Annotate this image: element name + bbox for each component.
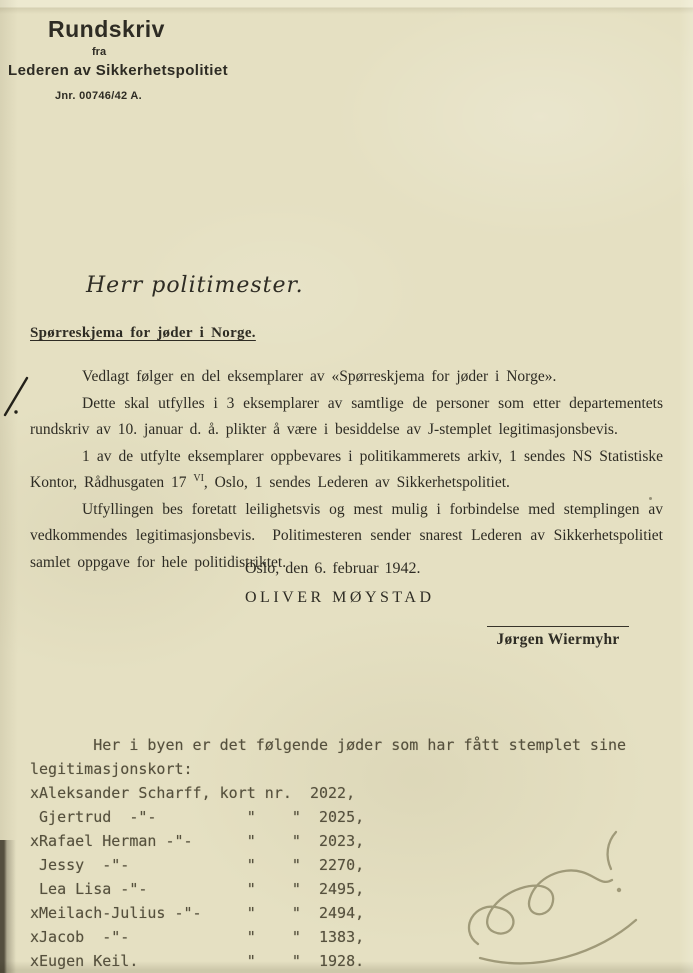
paragraph-2: Dette skal utfylles i 3 eksemplarer av s… xyxy=(30,391,663,444)
countersigner-name: Jørgen Wiermyhr xyxy=(487,626,629,649)
scan-speck xyxy=(649,497,652,500)
letterhead-organization: Lederen av Sikkerhetspolitiet xyxy=(8,62,228,79)
typed-intro-line: Her i byen er det følgende jøder som har… xyxy=(30,733,690,757)
paragraph-1: Vedlagt følger en del eksemplarer av «Sp… xyxy=(30,364,663,391)
typed-intro-line: legitimasjonskort: xyxy=(30,757,690,781)
salutation: Herr politimester. xyxy=(86,273,304,298)
scanned-circular-document: Rundskriv fra Lederen av Sikkerhetspolit… xyxy=(0,0,693,973)
margin-check-mark xyxy=(0,374,34,420)
page-corner-shadow xyxy=(0,840,16,973)
list-item: xAleksander Scharff, kort nr. 2022, xyxy=(30,781,690,805)
pencil-scribble xyxy=(450,812,680,972)
dateline: Oslo, den 6. februar 1942. xyxy=(245,560,421,578)
letter-body: Vedlagt følger en del eksemplarer av «Sp… xyxy=(30,364,663,576)
subject-line: Spørreskjema for jøder i Norge. xyxy=(30,325,256,342)
letterhead-subtitle: fra xyxy=(92,46,106,58)
letterhead-title: Rundskriv xyxy=(48,16,165,43)
signer-name: OLIVER MØYSTAD xyxy=(245,589,435,607)
paragraph-3-text-end: , Oslo, 1 sendes Lederen av Sikkerhetspo… xyxy=(204,474,510,491)
letterhead-journal-number: Jnr. 00746/42 A. xyxy=(55,90,142,102)
address-superscript: VI xyxy=(193,473,204,484)
paragraph-3: 1 av de utfylte eksemplarer oppbevares i… xyxy=(30,444,663,497)
